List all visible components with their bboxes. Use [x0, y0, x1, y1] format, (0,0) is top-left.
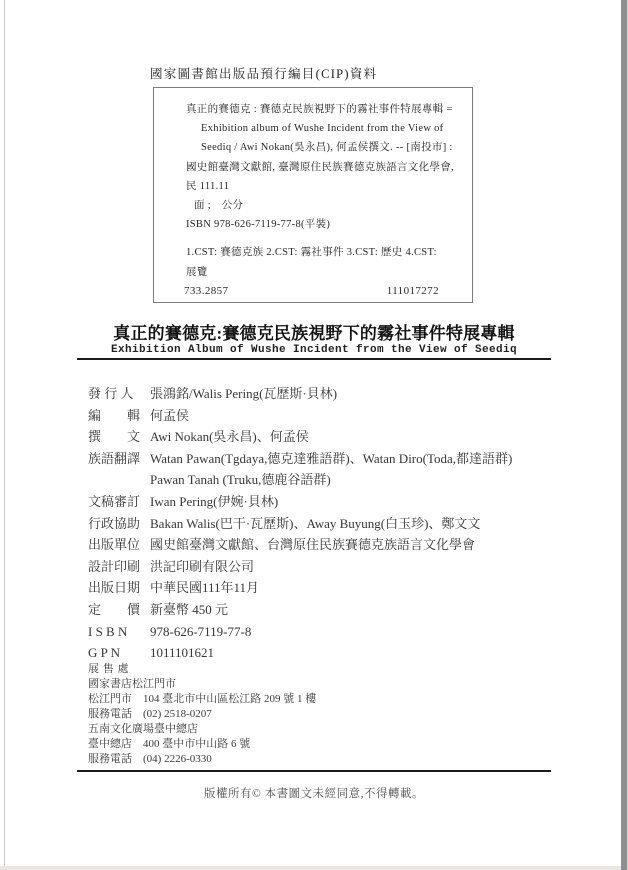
credit-label: 族語翻譯 — [88, 448, 150, 470]
credits-list: 發 行 人 張鴻銘/Walis Pering(瓦歷斯·貝林) 編 輯 何孟侯 撰… — [88, 383, 512, 664]
credit-value: Watan Pawan(Tgdaya,德克達雅語群)、Watan Diro(To… — [150, 448, 512, 470]
credit-row: 發 行 人 張鴻銘/Walis Pering(瓦歷斯·貝林) — [88, 383, 512, 405]
divider-bottom — [77, 770, 551, 772]
credit-label: 撰 文 — [88, 426, 150, 448]
credit-row: 設計印刷 洪記印刷有限公司 — [88, 556, 512, 578]
credit-value: 何孟侯 — [150, 405, 189, 427]
cip-heading: 國家圖書館出版品預行編目(CIP)資料 — [150, 64, 377, 82]
sales-line: 臺中總店 400 臺中市中山路 6 號 — [88, 737, 316, 752]
cip-class-number: 733.2857 — [184, 285, 228, 297]
page-edge-left — [4, 0, 5, 866]
cip-line: Exhibition album of Wushe Incident from … — [154, 119, 472, 138]
page-edge-bottom — [0, 866, 628, 870]
credit-row: 出版日期 中華民國111年11月 — [88, 577, 512, 599]
credit-value: Bakan Walis(巴干·瓦歷斯)、Away Buyung(白玉珍)、鄭文文 — [150, 513, 480, 535]
credit-row: 定 價 新臺幣 450 元 — [88, 599, 512, 621]
sales-line: 五南文化廣場臺中總店 — [88, 722, 316, 737]
credit-value: Iwan Pering(伊婉·貝林) — [150, 491, 278, 513]
book-title-english: Exhibition Album of Wushe Incident from … — [0, 344, 628, 356]
credit-row: G P N 1011101621 — [88, 642, 512, 664]
credit-value: 新臺幣 450 元 — [150, 599, 228, 621]
sales-line: 國家書店松江門市 — [88, 677, 316, 692]
cip-box: 真正的賽德克 : 賽德克民族視野下的霧社事件特展專輯 = Exhibition … — [153, 87, 473, 303]
sales-line: 服務電話 (04) 2226-0330 — [88, 752, 316, 767]
credit-value: 1011101621 — [150, 642, 214, 664]
credit-row: 文稿審訂 Iwan Pering(伊婉·貝林) — [88, 491, 512, 513]
cip-line: 展覽 — [154, 263, 472, 282]
cip-line: 1.CST: 賽德克族 2.CST: 霧社事件 3.CST: 歷史 4.CST: — [154, 243, 472, 262]
credit-value: 張鴻銘/Walis Pering(瓦歷斯·貝林) — [150, 383, 337, 405]
credit-label — [88, 469, 150, 491]
credit-row: I S B N 978-626-7119-77-8 — [88, 621, 512, 643]
credit-row: 族語翻譯 Watan Pawan(Tgdaya,德克達雅語群)、Watan Di… — [88, 448, 512, 470]
cip-bottom-row: 733.2857 111017272 — [184, 285, 439, 297]
credit-label: 行政協助 — [88, 513, 150, 535]
credit-label: 設計印刷 — [88, 556, 150, 578]
credit-label: 出版日期 — [88, 577, 150, 599]
cip-line: 真正的賽德克 : 賽德克民族視野下的霧社事件特展專輯 = — [154, 100, 472, 119]
book-title: 真正的賽德克:賽德克民族視野下的霧社事件特展專輯 — [0, 319, 628, 344]
sales-section: 展 售 處 國家書店松江門市 松江門市 104 臺北市中山區松江路 209 號 … — [88, 662, 316, 767]
credit-value: 洪記印刷有限公司 — [150, 556, 254, 578]
cip-lines: 真正的賽德克 : 賽德克民族視野下的霧社事件特展專輯 = Exhibition … — [154, 100, 472, 282]
credit-row: Pawan Tanah (Truku,德鹿谷語群) — [88, 469, 512, 491]
sales-line: 松江門市 104 臺北市中山區松江路 209 號 1 樓 — [88, 692, 316, 707]
cip-line: Seediq / Awi Nokan(吳永昌), 何孟侯撰文. -- [南投市]… — [154, 138, 472, 157]
credit-label: 編 輯 — [88, 405, 150, 427]
credit-label: 定 價 — [88, 599, 150, 621]
credit-value: Pawan Tanah (Truku,德鹿谷語群) — [150, 469, 331, 491]
sales-heading: 展 售 處 — [88, 662, 316, 677]
credit-value: 978-626-7119-77-8 — [150, 621, 251, 643]
credit-row: 行政協助 Bakan Walis(巴干·瓦歷斯)、Away Buyung(白玉珍… — [88, 513, 512, 535]
colophon-page: 國家圖書館出版品預行編目(CIP)資料 真正的賽德克 : 賽德克民族視野下的霧社… — [0, 0, 628, 870]
credit-value: Awi Nokan(吳永昌)、何孟侯 — [150, 426, 309, 448]
credit-label: 文稿審訂 — [88, 491, 150, 513]
cip-record-number: 111017272 — [387, 285, 439, 297]
credit-value: 中華民國111年11月 — [150, 577, 259, 599]
divider-top — [77, 358, 551, 360]
sales-line: 服務電話 (02) 2518-0207 — [88, 707, 316, 722]
cip-line: 面 ; 公分 — [154, 196, 472, 215]
credit-label: I S B N — [88, 621, 150, 643]
credit-label: G P N — [88, 642, 150, 664]
cip-line: 民 111.11 — [154, 177, 472, 196]
credit-row: 撰 文 Awi Nokan(吳永昌)、何孟侯 — [88, 426, 512, 448]
copyright-notice: 版權所有© 本書圖文未經同意,不得轉載。 — [0, 785, 628, 801]
credit-value: 國史館臺灣文獻館、台灣原住民族賽德克族語言文化學會 — [150, 534, 475, 556]
cip-line: ISBN 978-626-7119-77-8(平裝) — [154, 215, 472, 234]
page-edge-right — [621, 0, 628, 870]
cip-line: 國史館臺灣文獻館, 臺灣原住民族賽德克族語言文化學會, — [154, 158, 472, 177]
credit-label: 出版單位 — [88, 534, 150, 556]
credit-row: 編 輯 何孟侯 — [88, 405, 512, 427]
credit-row: 出版單位 國史館臺灣文獻館、台灣原住民族賽德克族語言文化學會 — [88, 534, 512, 556]
credit-label: 發 行 人 — [88, 383, 150, 405]
